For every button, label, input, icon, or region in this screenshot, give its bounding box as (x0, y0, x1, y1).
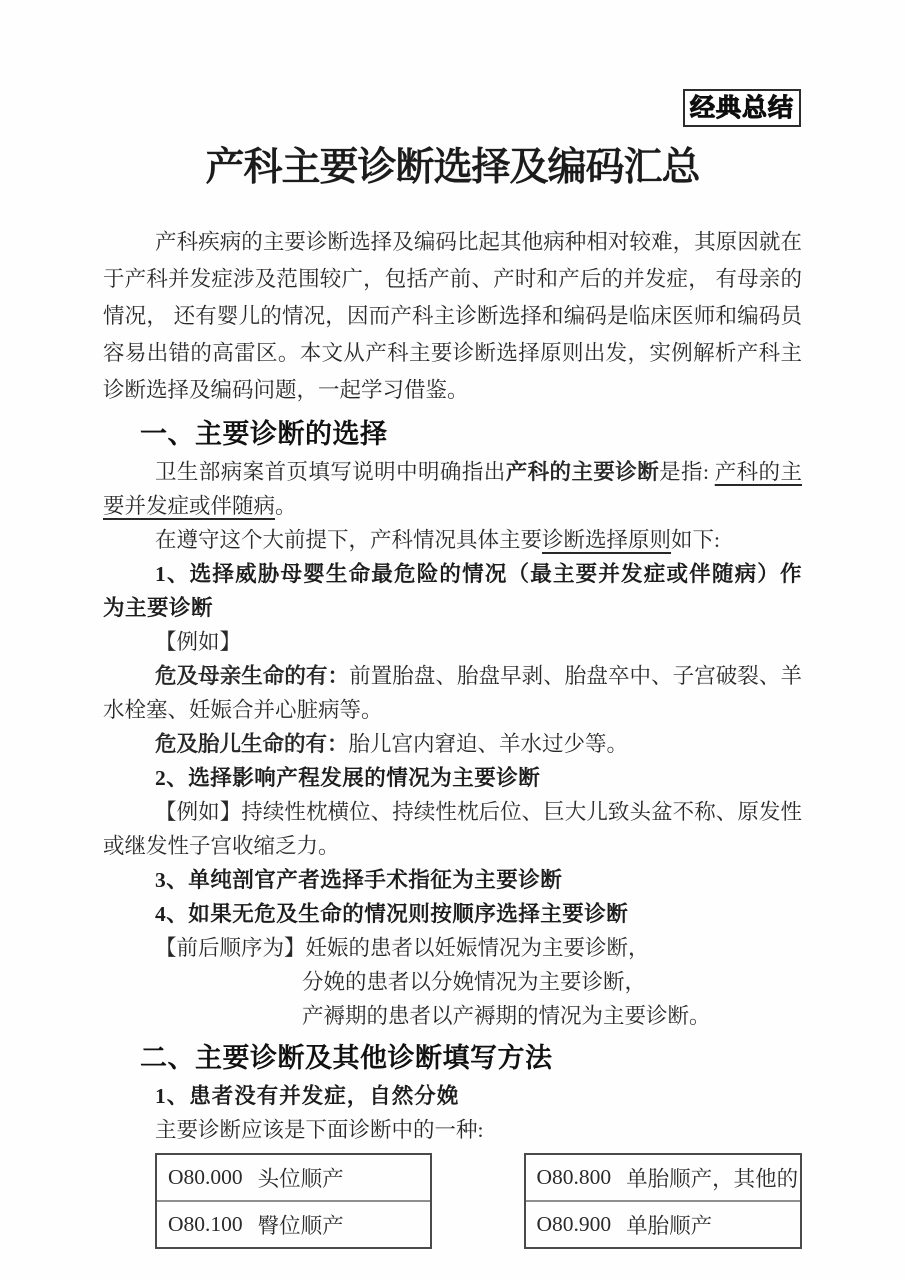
document-content: 产科主要诊断选择及编码汇总 产科疾病的主要诊断选择及编码比起其他病种相对较难，其… (103, 0, 802, 1249)
definition-pre: 卫生部病案首页填写说明中明确指出 (155, 460, 506, 484)
code-cell: O80.100 (168, 1212, 243, 1237)
order-line-1: 【前后顺序为】妊娠的患者以妊娠情况为主要诊断， (103, 931, 802, 965)
order-line-3: 产褥期的患者以产褥期的情况为主要诊断。 (103, 999, 802, 1033)
label-cell: 头位顺产 (258, 1162, 344, 1193)
label-cell: 单胎顺产，其他的 (626, 1162, 798, 1193)
rule-point-1: 1、选择威胁母婴生命最危险的情况（最主要并发症或伴随病）作为主要诊断 (103, 557, 802, 625)
table-row: O80.100臀位顺产 (157, 1200, 430, 1247)
document-page: 经典总结 产科主要诊断选择及编码汇总 产科疾病的主要诊断选择及编码比起其他病种相… (0, 0, 905, 1280)
label-cell: 单胎顺产 (626, 1209, 712, 1240)
diagnosis-code-tables: O80.000头位顺产 O80.100臀位顺产 O80.800单胎顺产，其他的 … (155, 1153, 802, 1249)
rule-point-2: 2、选择影响产程发展的情况为主要诊断 (103, 761, 802, 795)
rule-point-4: 4、如果无危及生命的情况则按顺序选择主要诊断 (103, 897, 802, 931)
section2-sub1: 1、患者没有并发症，自然分娩 (103, 1079, 802, 1113)
order-text-1: 妊娠的患者以妊娠情况为主要诊断， (306, 936, 650, 960)
order-line-2: 分娩的患者以分娩情况为主要诊断， (103, 965, 802, 999)
order-paragraph: 【前后顺序为】妊娠的患者以妊娠情况为主要诊断， 分娩的患者以分娩情况为主要诊断，… (103, 931, 802, 1033)
code-cell: O80.000 (168, 1165, 243, 1190)
definition-paragraph: 卫生部病案首页填写说明中明确指出产科的主要诊断是指: 产科的主要并发症或伴随病。 (103, 455, 802, 523)
table-row: O80.800单胎顺产，其他的 (526, 1155, 801, 1200)
table-row: O80.000头位顺产 (157, 1155, 430, 1200)
intro-paragraph: 产科疾病的主要诊断选择及编码比起其他病种相对较难，其原因就在于产科并发症涉及范围… (103, 224, 802, 409)
mother-risk-lead: 危及母亲生命的有： (155, 664, 349, 688)
fetus-risk-lead: 危及胎儿生命的有： (155, 732, 349, 756)
premise-end: 如下: (671, 528, 720, 552)
example1-label: 【例如】 (103, 625, 802, 659)
code-cell: O80.900 (537, 1212, 612, 1237)
example2-paragraph: 【例如】持续性枕横位、持续性枕后位、巨大儿致头盆不称、原发性或继发性子宫收缩乏力… (103, 795, 802, 863)
section2-note: 主要诊断应该是下面诊断中的一种: (103, 1113, 802, 1147)
mother-risk-paragraph: 危及母亲生命的有：前置胎盘、胎盘早剥、胎盘卒中、子宫破裂、羊水栓塞、妊娠合并心脏… (103, 659, 802, 727)
premise-pre: 在遵守这个大前提下，产科情况具体主要 (155, 528, 542, 552)
definition-end: 。 (275, 494, 297, 518)
table-row: O80.900单胎顺产 (526, 1200, 801, 1247)
section1-heading: 一、主要诊断的选择 (103, 413, 802, 455)
code-table-left: O80.000头位顺产 O80.100臀位顺产 (155, 1153, 432, 1249)
page-title: 产科主要诊断选择及编码汇总 (103, 134, 802, 202)
premise-underlined: 诊断选择原则 (542, 528, 671, 552)
label-cell: 臀位顺产 (258, 1209, 344, 1240)
fetus-risk-paragraph: 危及胎儿生命的有：胎儿宫内窘迫、羊水过少等。 (103, 727, 802, 761)
example2-label: 【例如】 (155, 800, 241, 824)
premise-paragraph: 在遵守这个大前提下，产科情况具体主要诊断选择原则如下: (103, 523, 802, 557)
rule-point-3: 3、单纯剖官产者选择手术指征为主要诊断 (103, 863, 802, 897)
definition-bold-term: 产科的主要诊断 (506, 460, 659, 484)
definition-mid: 是指: (659, 460, 715, 484)
fetus-risk-text: 胎儿宫内窘迫、羊水过少等。 (349, 732, 629, 756)
section2-heading: 二、主要诊断及其他诊断填写方法 (103, 1037, 802, 1079)
order-label: 【前后顺序为】 (155, 936, 306, 960)
code-table-right: O80.800单胎顺产，其他的 O80.900单胎顺产 (524, 1153, 803, 1249)
code-cell: O80.800 (537, 1165, 612, 1190)
